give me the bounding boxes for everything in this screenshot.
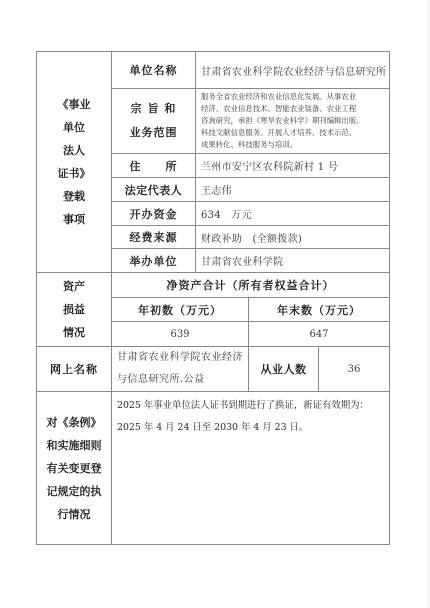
- outer-label-line: 和实施细则: [37, 434, 111, 457]
- execution-label: 对《条例》 和实施细则 有关变更登 记规定的执 行情况: [37, 392, 112, 545]
- begin-of-year-header: 年初数（万元）: [112, 298, 249, 322]
- outer-label-line: 情况: [37, 321, 111, 344]
- online-name-line: 与信息研究所.公益: [117, 369, 248, 391]
- purpose-scope-value: 服务全省农业经济和农业信息化发展。从事农业 经济、农业信息技术、智能农业装备、农…: [196, 89, 390, 154]
- capital-value: 634 万元: [196, 202, 390, 226]
- sponsor-value: 甘肃省农业科学院: [196, 249, 390, 273]
- address-label: 住 所: [112, 154, 196, 178]
- scope-line: 经济、农业信息技术、智能农业装备、农业工程: [201, 103, 386, 115]
- outer-label-line: 资产: [37, 275, 111, 298]
- outer-label-line: 有关变更登: [37, 457, 111, 480]
- unit-name-value: 甘肃省农业科学院农业经济与信息研究所: [196, 52, 390, 89]
- registration-items-label: 《事业 单位 法人 证书》 登载 事项: [37, 52, 112, 273]
- execution-text: 2025 年事业单位法人证书到期进行了换证，新证有效期为： 2025 年 4 月…: [112, 392, 390, 545]
- outer-label-line: 登载: [37, 185, 111, 208]
- net-assets-header: 净资产合计（所有者权益合计）: [112, 273, 390, 298]
- legal-rep-value: 王志伟: [196, 178, 390, 202]
- page-edge-shadow: [424, 0, 430, 608]
- staff-count-label: 从业人数: [249, 347, 319, 392]
- outer-label-line: 法人: [37, 139, 111, 162]
- scope-line: 咨询研究，承担《寒旱农业科学》期刊编辑出版、: [201, 115, 386, 127]
- legal-rep-label: 法定代表人: [112, 178, 196, 202]
- outer-label-line: 对《条例》: [37, 411, 111, 434]
- outer-label-line: 事项: [37, 208, 111, 231]
- scope-line: 成果转化、科技服务与培训。: [201, 139, 386, 151]
- outer-label-line: 《事业: [37, 93, 111, 116]
- execution-line: 2025 年 4 月 24 日至 2030 年 4 月 23 日。: [117, 417, 385, 439]
- registration-report-table: 《事业 单位 法人 证书》 登载 事项 单位名称 甘肃省农业科学院农业经济与信息…: [36, 51, 390, 545]
- row-net-assets-header: 资产 损益 情况 净资产合计（所有者权益合计）: [37, 273, 390, 298]
- sponsor-label: 举办单位: [112, 249, 196, 273]
- online-name-label: 网上名称: [37, 347, 112, 392]
- outer-label-line: 记规定的执: [37, 480, 111, 503]
- row-execution: 对《条例》 和实施细则 有关变更登 记规定的执 行情况 2025 年事业单位法人…: [37, 392, 390, 545]
- label-line: 宗 旨 和: [112, 97, 195, 121]
- outer-label-line: 证书》: [37, 162, 111, 185]
- end-of-year-value: 647: [249, 322, 390, 347]
- label-line: 业务范围: [112, 121, 195, 145]
- outer-label-line: 单位: [37, 116, 111, 139]
- scope-line: 科技文献信息服务。开展人才培养、技术示范、: [201, 127, 386, 139]
- unit-name-label: 单位名称: [112, 52, 196, 89]
- purpose-scope-label: 宗 旨 和 业务范围: [112, 89, 196, 154]
- address-value: 兰州市安宁区农科院新村 1 号: [196, 154, 390, 178]
- online-name-line: 甘肃省农业科学院农业经济: [117, 347, 248, 369]
- begin-of-year-value: 639: [112, 322, 249, 347]
- online-name-value: 甘肃省农业科学院农业经济 与信息研究所.公益: [112, 347, 249, 392]
- funding-source-label: 经费来源: [112, 226, 196, 249]
- scope-line: 服务全省农业经济和农业信息化发展。从事农业: [201, 91, 386, 103]
- outer-label-line: 行情况: [37, 503, 111, 526]
- execution-line: 2025 年事业单位法人证书到期进行了换证，新证有效期为：: [117, 395, 385, 417]
- assets-label: 资产 损益 情况: [37, 273, 112, 347]
- row-online-name: 网上名称 甘肃省农业科学院农业经济 与信息研究所.公益 从业人数 36: [37, 347, 390, 392]
- funding-source-value: 财政补助 (全额拨款): [196, 226, 390, 249]
- outer-label-line: 损益: [37, 298, 111, 321]
- staff-count-value: 36: [319, 347, 390, 392]
- capital-label: 开办资金: [112, 202, 196, 226]
- end-of-year-header: 年末数（万元）: [249, 298, 390, 322]
- row-unit-name: 《事业 单位 法人 证书》 登载 事项 单位名称 甘肃省农业科学院农业经济与信息…: [37, 52, 390, 89]
